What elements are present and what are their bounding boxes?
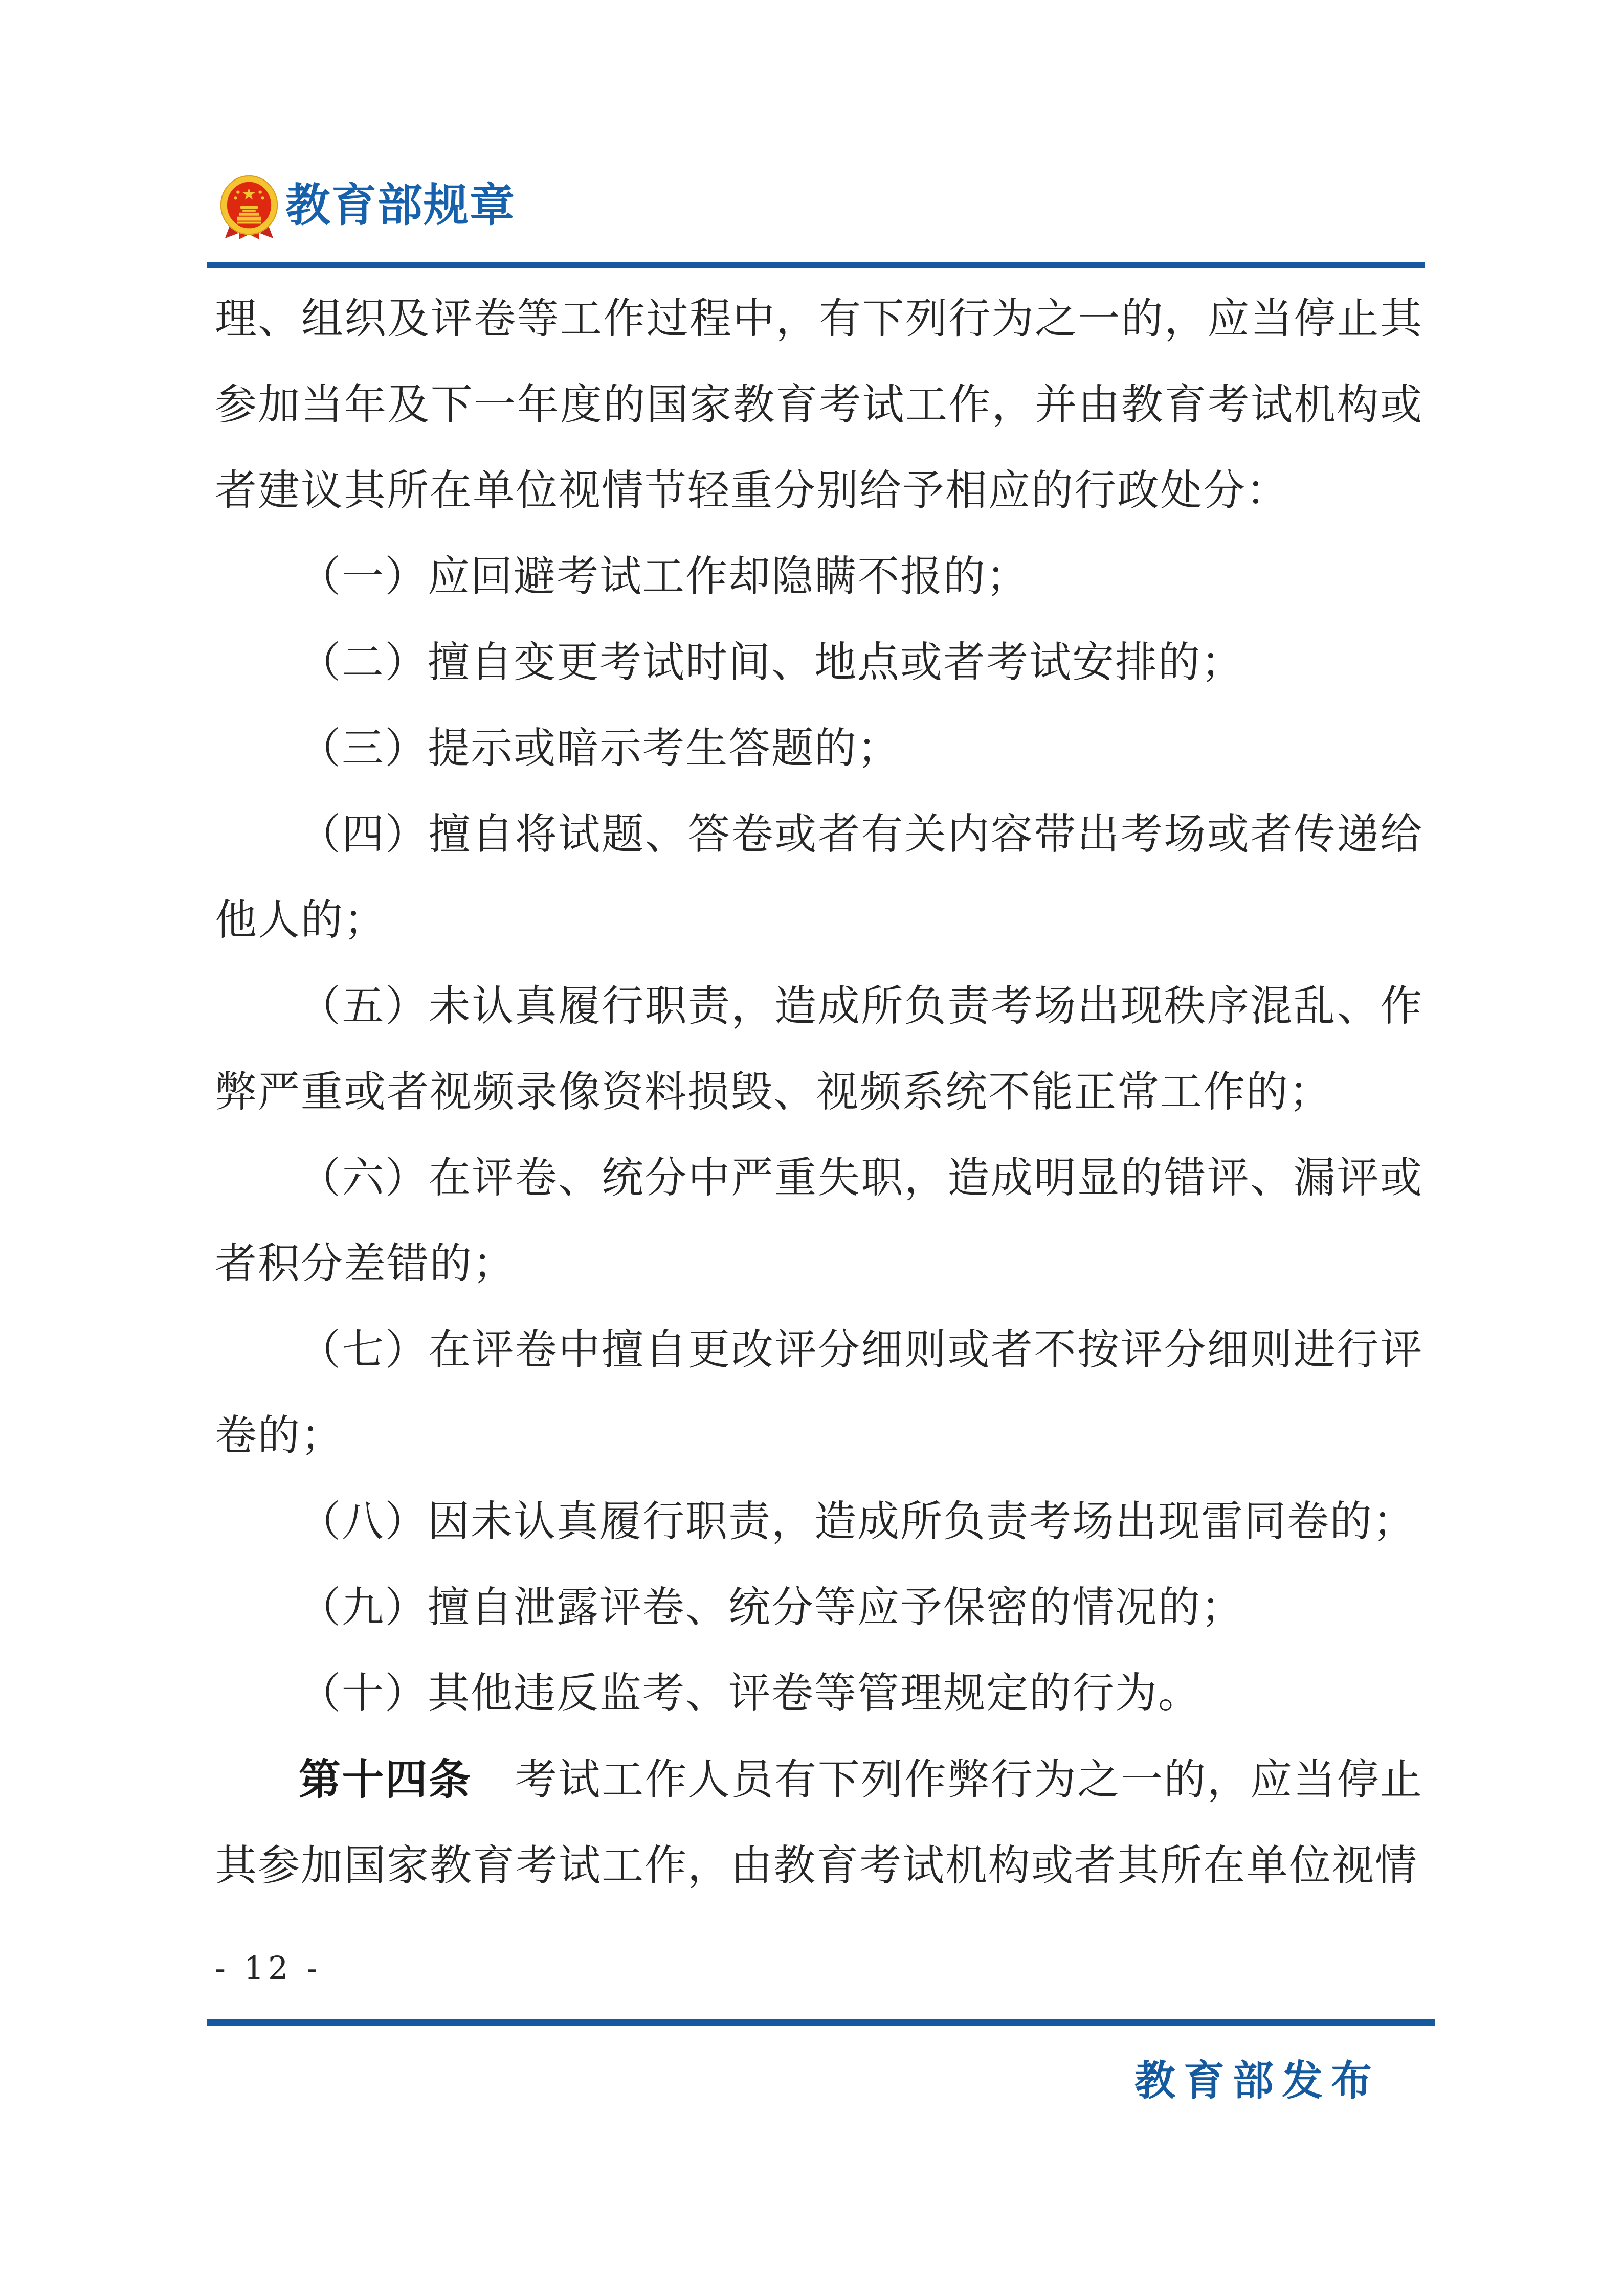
body-paragraph-item-1: （一）应回避考试工作却隐瞒不报的； [215,534,1423,620]
page-number: - 12 - [215,1952,321,1984]
body-paragraph-item-5: （五）未认真履行职责，造成所负责考场出现秩序混乱、作弊严重或者视频录像资料损毁、… [215,963,1423,1135]
national-emblem-icon [219,175,279,241]
page-title: 教育部规章 [285,182,516,227]
body-paragraph-item-6: （六）在评卷、统分中严重失职，造成明显的错评、漏评或者积分差错的； [215,1135,1423,1307]
body-paragraph-item-8: （八）因未认真履行职责，造成所负责考场出现雷同卷的； [215,1479,1423,1565]
body-paragraph-item-2: （二）擅自变更考试时间、地点或者考试安排的； [215,620,1423,706]
body-paragraph-item-10: （十）其他违反监考、评卷等管理规定的行为。 [215,1651,1423,1737]
body-paragraph-item-7: （七）在评卷中擅自更改评分细则或者不按评分细则进行评卷的； [215,1307,1423,1479]
article-number-label: 第十四条 [299,1755,472,1804]
footer-rule [207,2019,1435,2026]
document-body: 理、组织及评卷等工作过程中，有下列行为之一的，应当停止其参加当年及下一年度的国家… [215,276,1423,1909]
body-paragraph-item-9: （九）擅自泄露评卷、统分等应予保密的情况的； [215,1565,1423,1651]
document-page: 教育部规章 理、组织及评卷等工作过程中，有下列行为之一的，应当停止其参加当年及下… [0,0,1624,2296]
body-paragraph-item-3: （三）提示或暗示考生答题的； [215,706,1423,792]
body-paragraph-article-14: 第十四条 考试工作人员有下列作弊行为之一的，应当停止其参加国家教育考试工作，由教… [215,1737,1423,1909]
body-paragraph: 理、组织及评卷等工作过程中，有下列行为之一的，应当停止其参加当年及下一年度的国家… [215,276,1423,534]
body-paragraph-item-4: （四）擅自将试题、答卷或者有关内容带出考场或者传递给他人的； [215,792,1423,963]
publisher-label: 教育部发布 [1134,2060,1380,2101]
header-rule [207,262,1425,268]
